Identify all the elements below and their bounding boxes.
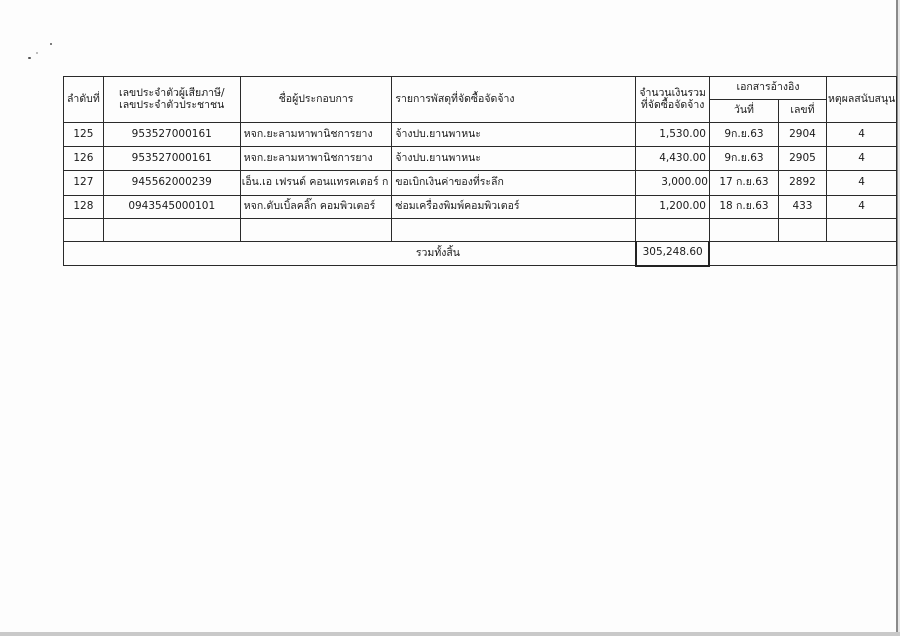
cell-date: 9ก.ย.63 <box>709 123 778 147</box>
cell-empty <box>392 219 636 242</box>
header-ref-doc: เอกสารอ้างอิง <box>709 77 826 100</box>
header-amount-line2: ที่จัดซื้อจัดจ้าง <box>639 100 706 112</box>
scan-speck <box>28 57 31 59</box>
cell-date: 9ก.ย.63 <box>709 147 778 171</box>
cell-seq: 126 <box>64 147 104 171</box>
cell-empty <box>636 219 710 242</box>
cell-empty <box>709 219 778 242</box>
cell-tax-id: 953527000161 <box>103 123 240 147</box>
cell-empty <box>826 219 896 242</box>
cell-amount: 4,430.00 <box>636 147 710 171</box>
cell-seq: 127 <box>64 171 104 196</box>
header-ref-date: วันที่ <box>709 100 778 123</box>
header-amount: จำนวนเงินรวม ที่จัดซื้อจัดจ้าง <box>636 77 710 123</box>
scan-speck <box>50 43 52 45</box>
cell-amount: 1,200.00 <box>636 196 710 219</box>
table-row: 127 945562000239 เอ็น.เอ เฟรนด์ คอนแทรคเ… <box>64 171 897 196</box>
cell-doc-no: 433 <box>778 196 826 219</box>
cell-amount: 1,530.00 <box>636 123 710 147</box>
cell-item: ขอเบิกเงินค่าของที่ระลึก <box>392 171 636 196</box>
cell-empty <box>240 219 392 242</box>
header-items: รายการพัสดุที่จัดซื้อจัดจ้าง <box>392 77 636 123</box>
cell-reason: 4 <box>826 196 896 219</box>
cell-vendor: เอ็น.เอ เฟรนด์ คอนแทรคเตอร์ ก <box>240 171 392 196</box>
cell-doc-no: 2892 <box>778 171 826 196</box>
cell-seq: 128 <box>64 196 104 219</box>
table-row: 128 0943545000101 หจก.ดับเบิ้ลคลิ๊ก คอมพ… <box>64 196 897 219</box>
scan-speck <box>36 52 38 54</box>
cell-item: จ้างปบ.ยานพาหนะ <box>392 147 636 171</box>
header-seq: ลำดับที่ <box>64 77 104 123</box>
cell-date: 18 ก.ย.63 <box>709 196 778 219</box>
cell-item: ซ่อมเครื่องพิมพ์คอมพิวเตอร์ <box>392 196 636 219</box>
header-tax-id: เลขประจำตัวผู้เสียภาษี/ เลขประจำตัวประชา… <box>103 77 240 123</box>
cell-vendor: หจก.ยะลามหาพานิชการยาง <box>240 123 392 147</box>
cell-amount: 3,000.00 <box>636 171 710 196</box>
header-ref-no: เลขที่ <box>778 100 826 123</box>
total-amount: 305,248.60 <box>636 242 710 266</box>
header-amount-line1: จำนวนเงินรวม <box>639 88 706 100</box>
procurement-table: ลำดับที่ เลขประจำตัวผู้เสียภาษี/ เลขประจ… <box>63 76 897 267</box>
cell-vendor: หจก.ยะลามหาพานิชการยาง <box>240 147 392 171</box>
cell-empty <box>778 219 826 242</box>
cell-tax-id: 953527000161 <box>103 147 240 171</box>
cell-tax-id: 0943545000101 <box>103 196 240 219</box>
cell-empty <box>103 219 240 242</box>
cell-reason: 4 <box>826 171 896 196</box>
cell-reason: 4 <box>826 123 896 147</box>
scan-edge-bottom <box>0 632 900 636</box>
cell-item: จ้างปบ.ยานพาหนะ <box>392 123 636 147</box>
cell-seq: 125 <box>64 123 104 147</box>
cell-reason: 4 <box>826 147 896 171</box>
header-tax-id-line2: เลขประจำตัวประชาชน <box>107 100 237 112</box>
total-label: รวมทั้งสิ้น <box>64 242 636 266</box>
cell-tax-id: 945562000239 <box>103 171 240 196</box>
cell-doc-no: 2905 <box>778 147 826 171</box>
cell-doc-no: 2904 <box>778 123 826 147</box>
table-row-empty <box>64 219 897 242</box>
table-row: 125 953527000161 หจก.ยะลามหาพานิชการยาง … <box>64 123 897 147</box>
cell-date: 17 ก.ย.63 <box>709 171 778 196</box>
header-tax-id-line1: เลขประจำตัวผู้เสียภาษี/ <box>107 88 237 100</box>
cell-empty <box>64 219 104 242</box>
table-row: 126 953527000161 หจก.ยะลามหาพานิชการยาง … <box>64 147 897 171</box>
total-row: รวมทั้งสิ้น 305,248.60 <box>64 242 897 266</box>
cell-vendor: หจก.ดับเบิ้ลคลิ๊ก คอมพิวเตอร์ <box>240 196 392 219</box>
header-row-1: ลำดับที่ เลขประจำตัวผู้เสียภาษี/ เลขประจ… <box>64 77 897 100</box>
header-vendor: ชื่อผู้ประกอบการ <box>240 77 392 123</box>
total-blank <box>709 242 896 266</box>
header-reason: หตุผลสนับสนุน <box>826 77 896 123</box>
